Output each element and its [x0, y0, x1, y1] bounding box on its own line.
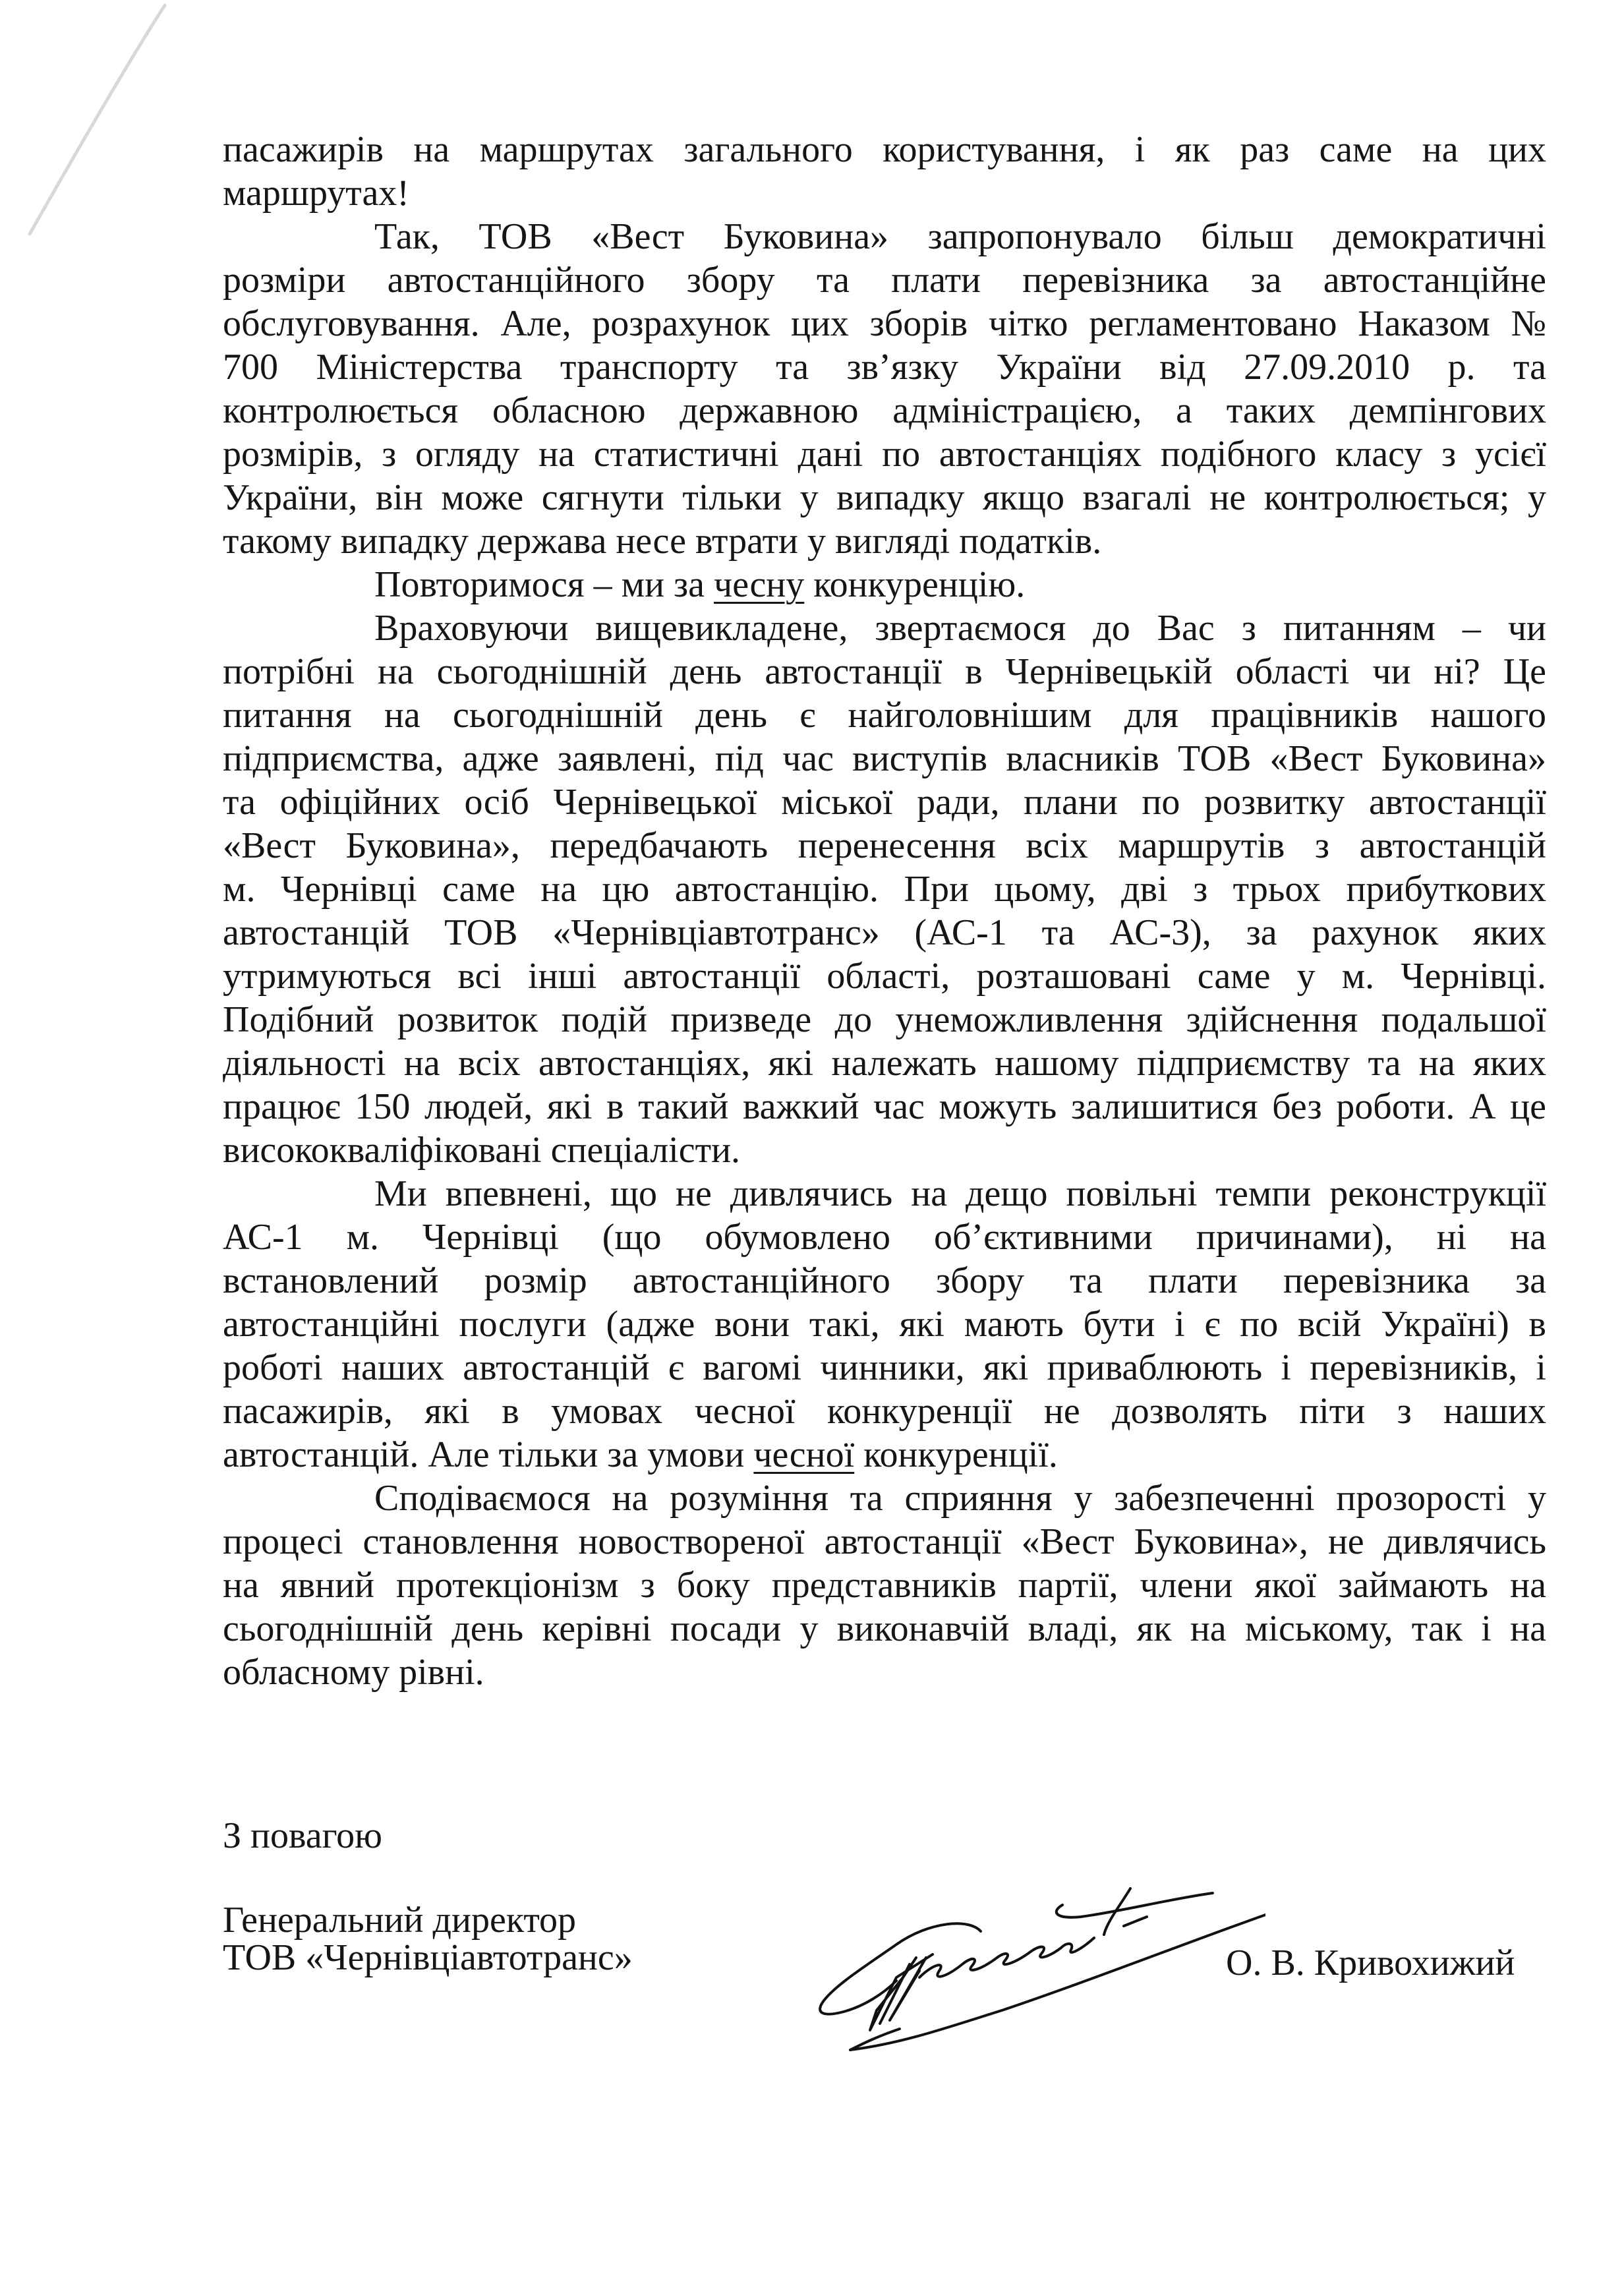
- scan-artifact-stroke-icon: [13, 0, 171, 237]
- body-line: 700 Міністерства транспорту та зв’язку У…: [223, 345, 1546, 389]
- body-line: АС-1 м. Чернівці (що обумовлено об’єктив…: [223, 1215, 1546, 1259]
- body-line: розміри автостанційного збору та плати п…: [223, 258, 1546, 302]
- body-line-emphasis: автостанцій. Але тільки за умови чесної …: [223, 1433, 1546, 1476]
- body-line: висококваліфіковані спеціалісти.: [223, 1128, 1546, 1172]
- body-line: питання на сьогоднішній день є найголовн…: [223, 693, 1546, 737]
- body-line: пасажирів на маршрутах загального корист…: [223, 128, 1546, 171]
- body-line: «Вест Буковина», передбачають перенесенн…: [223, 824, 1546, 867]
- body-line: роботі наших автостанцій є вагомі чинник…: [223, 1346, 1546, 1389]
- signer-company: ТОВ «Чернівціавтотранс»: [223, 1936, 633, 1979]
- body-line: України, він може сягнути тільки у випад…: [223, 476, 1546, 519]
- body-line: на явний протекціонізм з боку представни…: [223, 1563, 1546, 1607]
- body-line: встановлений розмір автостанційного збор…: [223, 1259, 1546, 1302]
- body-line: потрібні на сьогоднішній день автостанці…: [223, 650, 1546, 693]
- body-line: підприємства, адже заявлені, під час вис…: [223, 737, 1546, 780]
- body-line: автостанційні послуги (адже вони такі, я…: [223, 1302, 1546, 1346]
- body-line: сьогоднішній день керівні посади у викон…: [223, 1607, 1546, 1650]
- body-line: контролюється обласною державною адмініс…: [223, 389, 1546, 432]
- body-line: Ми впевнені, що не дивлячись на дещо пов…: [374, 1172, 1546, 1215]
- body-line: обласному рівні.: [223, 1650, 1546, 1694]
- body-line: утримуються всі інші автостанції області…: [223, 954, 1546, 998]
- body-line: автостанцій ТОВ «Чернівціавтотранс» (АС-…: [223, 911, 1546, 954]
- body-line: маршрутах!: [223, 171, 1546, 215]
- body-line: розмірів, з огляду на статистичні дані п…: [223, 432, 1546, 476]
- text-fragment: конкуренції.: [854, 1434, 1058, 1475]
- body-line: м. Чернівці саме на цю автостанцію. При …: [223, 867, 1546, 911]
- body-line: обслуговування. Але, розрахунок цих збор…: [223, 302, 1546, 345]
- body-line: процесі становлення новоствореної автост…: [223, 1520, 1546, 1563]
- body-line: такому випадку держава несе втрати у виг…: [223, 519, 1546, 563]
- underlined-word: чесної: [753, 1434, 854, 1475]
- body-line: працює 150 людей, які в такий важкий час…: [223, 1085, 1546, 1128]
- body-line: пасажирів, які в умовах чесної конкуренц…: [223, 1389, 1546, 1433]
- text-fragment: автостанцій. Але тільки за умови: [223, 1434, 753, 1475]
- signer-name: О. В. Кривохижий: [1226, 1941, 1515, 1985]
- underlined-word: чесну: [714, 564, 804, 605]
- handwritten-signature-icon: [804, 1885, 1265, 2083]
- body-line: діяльності на всіх автостанціях, які нал…: [223, 1041, 1546, 1085]
- body-line: Так, ТОВ «Вест Буковина» запропонувало б…: [374, 215, 1546, 258]
- text-fragment: конкуренцію.: [804, 564, 1025, 605]
- letter-page: пасажирів на маршрутах загального корист…: [0, 0, 1624, 2278]
- salutation: З повагою: [223, 1814, 382, 1857]
- body-line: та офіційних осіб Чернівецької міської р…: [223, 780, 1546, 824]
- body-line: Подібний розвиток подій призведе до унем…: [223, 998, 1546, 1041]
- text-fragment: Повторимося – ми за: [374, 564, 714, 605]
- body-line: Сподіваємося на розуміння та сприяння у …: [374, 1476, 1546, 1520]
- body-line-emphasis: Повторимося – ми за чесну конкуренцію.: [374, 563, 1546, 606]
- body-line: Враховуючи вищевикладене, звертаємося до…: [374, 606, 1546, 650]
